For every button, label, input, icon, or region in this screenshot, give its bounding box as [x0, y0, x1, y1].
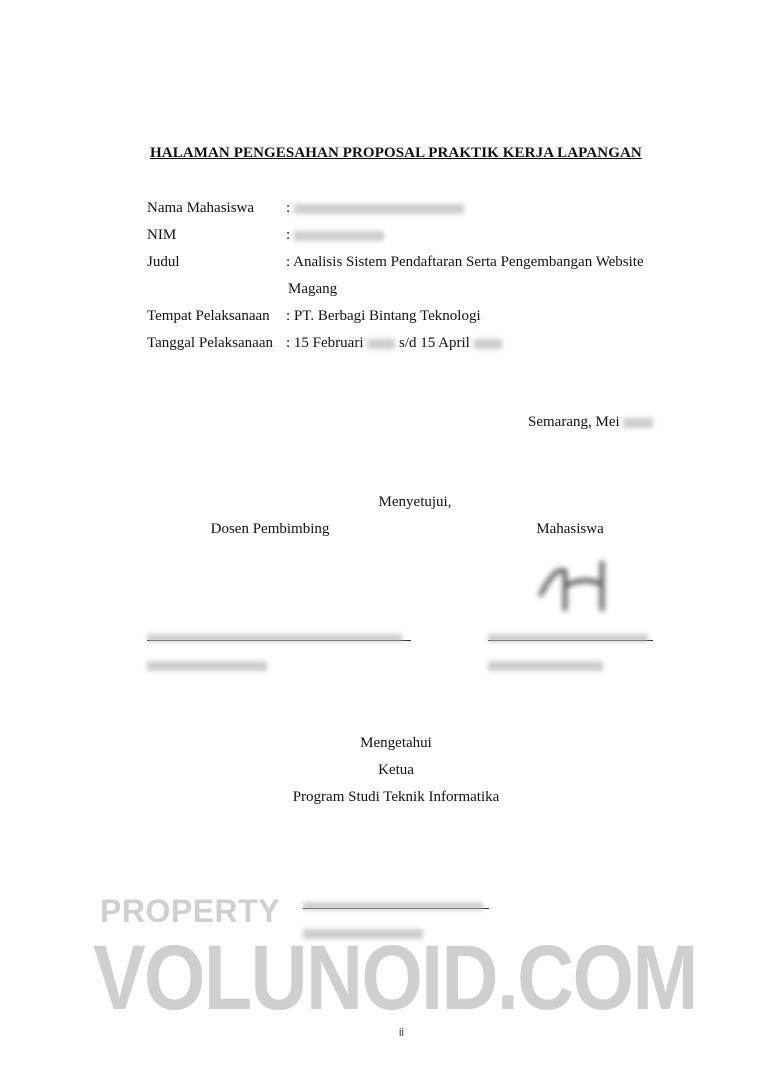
- field-label-tanggal: Tanggal Pelaksanaan: [147, 335, 273, 352]
- document-title: HALAMAN PENGESAHAN PROPOSAL PRAKTIK KERJ…: [150, 145, 642, 162]
- student-id: [488, 657, 603, 675]
- colon: :: [286, 308, 290, 324]
- signature-image: [530, 556, 620, 616]
- redacted-year: [474, 339, 502, 349]
- watermark-property: PROPERTY: [100, 893, 280, 930]
- head-signature-line: [303, 896, 489, 909]
- place-date-text: Semarang, Mei: [528, 414, 620, 430]
- field-value-tempat: : PT. Berbagi Bintang Teknologi: [286, 308, 481, 325]
- field-value-nama: :: [286, 200, 464, 217]
- field-label-judul: Judul: [147, 254, 180, 271]
- watermark-volunoid: VOLUNOID.COM: [93, 932, 697, 1024]
- acknowledge-line1: Mengetahui: [0, 735, 768, 752]
- redacted-name: [294, 204, 464, 214]
- redacted-year: [367, 339, 395, 349]
- tempat-text: PT. Berbagi Bintang Teknologi: [294, 308, 481, 324]
- colon: :: [286, 335, 290, 351]
- approval-heading: Menyetujui,: [0, 494, 768, 511]
- judul-text-line2: Magang: [288, 281, 337, 298]
- redacted-advisor-nidn: [147, 661, 267, 671]
- place-date: Semarang, Mei: [528, 414, 653, 431]
- redacted-head-name: [303, 902, 483, 910]
- student-signature-line: [488, 628, 653, 641]
- redacted-year: [623, 418, 653, 428]
- field-value-nim: :: [286, 227, 384, 244]
- tanggal-start: 15 Februari: [294, 335, 364, 351]
- redacted-nim: [294, 231, 384, 241]
- field-value-tanggal: : 15 Februari s/d 15 April: [286, 335, 502, 352]
- page-number: ii: [399, 1027, 404, 1039]
- advisor-signature-line: [147, 628, 411, 641]
- colon: :: [286, 254, 290, 270]
- acknowledge-line2: Ketua: [0, 762, 768, 779]
- acknowledge-line3: Program Studi Teknik Informatika: [0, 789, 768, 806]
- advisor-id: [147, 657, 267, 675]
- redacted-advisor-name: [147, 634, 402, 642]
- colon: :: [286, 227, 290, 243]
- judul-text: Analisis Sistem Pendaftaran Serta Pengem…: [293, 254, 644, 270]
- right-role: Mahasiswa: [480, 521, 660, 538]
- colon: :: [286, 200, 290, 216]
- tanggal-end: s/d 15 April: [399, 335, 470, 351]
- left-role: Dosen Pembimbing: [150, 521, 390, 538]
- field-label-nama: Nama Mahasiswa: [147, 200, 254, 217]
- redacted-student-nim: [488, 661, 603, 671]
- field-label-nim: NIM: [147, 227, 176, 244]
- redacted-student-name: [488, 634, 648, 642]
- field-label-tempat: Tempat Pelaksanaan: [147, 308, 270, 325]
- field-value-judul: : Analisis Sistem Pendaftaran Serta Peng…: [286, 254, 644, 271]
